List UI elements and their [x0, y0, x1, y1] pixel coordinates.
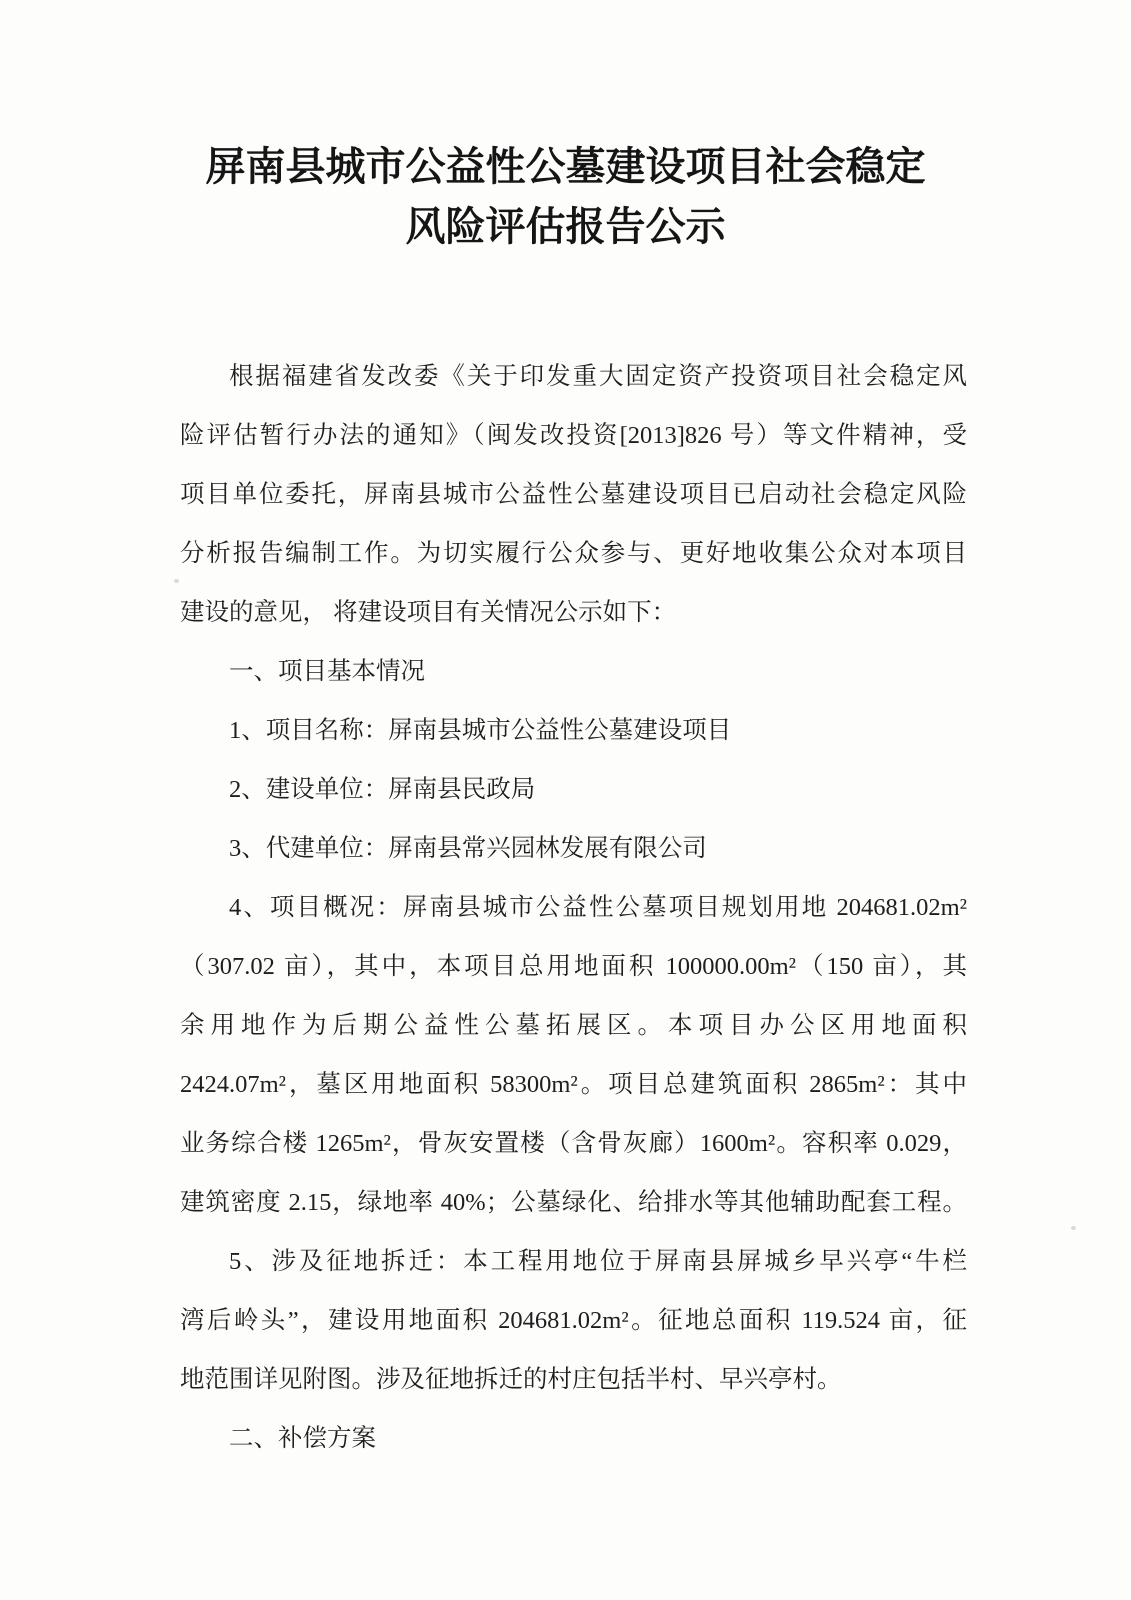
body-line: 建筑密度 2.15，绿地率 40%；公墓绿化、给排水等其他辅助配套工程。	[180, 1173, 967, 1232]
body-line: 险评估暂行办法的通知》（闽发改投资[2013]826 号）等文件精神，受	[180, 406, 967, 465]
body-line: 二、补偿方案	[180, 1409, 967, 1468]
body-line: 根据福建省发改委《关于印发重大固定资产投资项目社会稳定风	[180, 347, 967, 406]
body-line: 项目单位委托，屏南县城市公益性公墓建设项目已启动社会稳定风险	[180, 465, 967, 524]
body-line: 业务综合楼 1265m²，骨灰安置楼（含骨灰廊）1600m²。容积率 0.029…	[180, 1114, 967, 1173]
body-line: 2424.07m²，墓区用地面积 58300m²。项目总建筑面积 2865m²：…	[180, 1055, 967, 1114]
document-title-line-1: 屏南县城市公益性公墓建设项目社会稳定	[0, 137, 1131, 197]
body-line: 地范围详见附图。涉及征地拆迁的村庄包括半村、早兴亭村。	[180, 1350, 967, 1409]
body-line: 余用地作为后期公益性公墓拓展区。本项目办公区用地面积	[180, 996, 967, 1055]
body-line: 分析报告编制工作。为切实履行公众参与、更好地收集公众对本项目	[180, 524, 967, 583]
document-body: 根据福建省发改委《关于印发重大固定资产投资项目社会稳定风险评估暂行办法的通知》（…	[180, 347, 967, 1468]
body-line: 一、项目基本情况	[180, 642, 967, 701]
document-page: 屏南县城市公益性公墓建设项目社会稳定 风险评估报告公示 根据福建省发改委《关于印…	[0, 0, 1131, 1600]
body-line: 3、代建单位：屏南县常兴园林发展有限公司	[180, 819, 967, 878]
body-line: 1、项目名称：屏南县城市公益性公墓建设项目	[180, 701, 967, 760]
document-title-line-2: 风险评估报告公示	[0, 197, 1131, 257]
document-title: 屏南县城市公益性公墓建设项目社会稳定 风险评估报告公示	[0, 137, 1131, 257]
body-line: 建设的意见， 将建设项目有关情况公示如下：	[180, 583, 967, 642]
body-line: 2、建设单位：屏南县民政局	[180, 760, 967, 819]
body-line: 4、项目概况：屏南县城市公益性公墓项目规划用地 204681.02m²	[180, 878, 967, 937]
scan-speck	[1071, 1226, 1076, 1230]
body-line: 5、涉及征地拆迁：本工程用地位于屏南县屏城乡早兴亭“牛栏	[180, 1232, 967, 1291]
body-line: 湾后岭头”，建设用地面积 204681.02m²。征地总面积 119.524 亩…	[180, 1291, 967, 1350]
scan-speck	[174, 579, 179, 583]
body-line: （307.02 亩），其中，本项目总用地面积 100000.00m²（150 亩…	[180, 937, 967, 996]
